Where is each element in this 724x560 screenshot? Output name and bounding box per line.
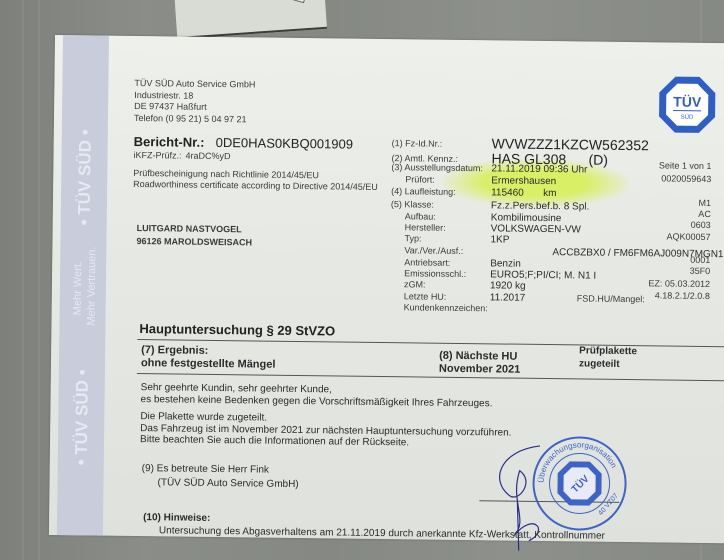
issuer-company: TÜV SÜD Auto Service GmbH (134, 78, 255, 90)
right-column-value: EZ: 05.03.2012 (648, 278, 710, 290)
vehicle-field-label: (3) Ausstellungsdatum: (391, 162, 483, 174)
plakette-line2: zugeteilt (579, 358, 620, 370)
issuer-phone: Telefon (0 95 21) 5 04 97 21 (134, 113, 247, 125)
owner-name: LUITGARD NASTVOGEL (137, 223, 242, 235)
body-line-1: es bestehen keine Bedenken gegen die Vor… (140, 394, 492, 410)
inspection-report-sheet: • TÜV SÜD • Mehr Wert. Mehr Vertrauen. •… (49, 35, 724, 543)
notes-label: (10) Hinweise: (143, 512, 210, 525)
vehicle-field-value: Ermershausen (491, 175, 556, 188)
right-column-value: 35F0 (690, 266, 711, 277)
vehicle-fields: (1) Fz-Id.Nr.:WVWZZZ1KZCW562352(2) Amtl.… (55, 35, 724, 43)
inspector-line2: (TÜV SÜD Auto Service GmbH) (157, 477, 298, 491)
report-number: 0DE0HAS0KBQ001909 (216, 135, 353, 152)
ikfz-value: 4raDC%yD (185, 151, 230, 162)
result-value: ohne festgestellte Mängel (141, 357, 276, 372)
side-brand-text-2: • TÜV SÜD • (72, 369, 93, 465)
vehicle-field-value: 1KP (490, 234, 509, 246)
cert-en: Roadworthiness certificate according to … (133, 179, 378, 193)
sticker (273, 0, 308, 3)
svg-text:TÜV: TÜV (673, 94, 702, 110)
vehicle-field-label: Hersteller: (405, 222, 446, 233)
report-number-label: Bericht-Nr.: (134, 134, 205, 150)
vehicle-field-extra: (D) (588, 152, 608, 169)
side-slogan-1: Mehr Wert. (72, 261, 85, 315)
divider (137, 373, 724, 381)
next-hu-label: (8) Nächste HU (439, 350, 517, 364)
result-label: (7) Ergebnis: (141, 344, 208, 358)
side-slogan-2: Mehr Vertrauen. (85, 247, 98, 326)
right-column-value: 0001 (690, 255, 710, 266)
issuer-street: Industriestr. 18 (134, 90, 193, 102)
plakette-line1: Prüfplakette (579, 345, 637, 358)
right-column: Seite 1 von 10020059643M1AC0603AQK000570… (55, 35, 724, 43)
vehicle-field-label: Typ: (404, 233, 421, 244)
vehicle-field-value: 1920 kg (490, 280, 526, 292)
vehicle-field-label: Aufbau: (405, 211, 436, 222)
vehicle-field-label: Kundenkennzeichen: (404, 302, 488, 314)
right-column-value: 0603 (691, 220, 711, 231)
tuv-sud-logo-icon: TÜV SÜD (657, 74, 718, 135)
right-column-value: AQK00057 (666, 231, 710, 242)
svg-text:SÜD: SÜD (681, 114, 694, 121)
unit-label: km (543, 188, 556, 200)
side-brand-text: • TÜV SÜD • (75, 129, 96, 225)
vehicle-field-label: (1) Fz-Id.Nr.: (392, 138, 443, 149)
background-paper (173, 0, 327, 39)
ikfz-label: iKFZ-Prüfz.: (133, 150, 181, 161)
issuer-city: DE 97437 Haßfurt (134, 101, 207, 113)
owner-address: 96126 MAROLDSWEISACH (136, 236, 252, 248)
next-hu-value: November 2021 (439, 363, 520, 377)
vehicle-field-label: Var./Ver./Ausf.: (404, 245, 463, 257)
vehicle-field-label: (4) Laufleistung: (391, 186, 456, 198)
vehicle-field-label: Prüfort: (405, 174, 435, 185)
vehicle-field-extra: FSD.HU/Mangel: (577, 293, 645, 305)
vehicle-field-label: (5) Klasse: (391, 199, 434, 210)
vehicle-field-label: Letzte HU: (404, 291, 447, 302)
side-brand-band: • TÜV SÜD • Mehr Wert. Mehr Vertrauen. •… (57, 35, 109, 536)
vehicle-field-value: 115460 (491, 187, 524, 199)
right-column-value: Seite 1 von 1 (659, 160, 712, 171)
vehicle-field-label: Emissionsschl.: (404, 268, 466, 280)
right-column-value: 0020059643 (661, 173, 711, 184)
body-line-4: Bitte beachten Sie auch die Informatione… (140, 434, 409, 449)
vehicle-field-value: 11.2017 (490, 292, 526, 304)
vehicle-field-label: Antriebsart: (404, 257, 450, 268)
right-column-value: AC (698, 209, 711, 220)
right-column-value: M1 (698, 198, 711, 209)
inspection-title: Hauptuntersuchung § 29 StVZO (139, 321, 335, 339)
inspector-line1: (9) Es betreute Sie Herr Fink (142, 463, 269, 477)
right-column-value: 4.18.2.1/2.0.8 (655, 290, 710, 301)
vehicle-field-label: zGM: (404, 279, 426, 290)
